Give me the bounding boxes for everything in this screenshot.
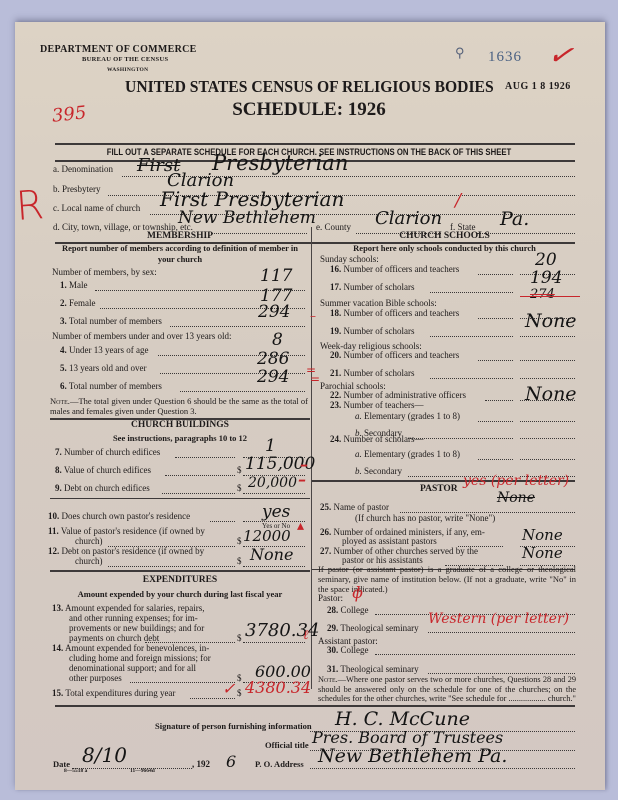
pastor-struck-value: None (497, 490, 535, 506)
form-subtitle: SCHEDULE: 1926 (0, 99, 618, 121)
divider (50, 498, 310, 499)
q11-label: 11. Value of pastor's residence (if owne… (48, 526, 205, 536)
q21-label: 21. Number of scholars (330, 368, 414, 378)
q7-label: 7. Number of church edifices (55, 447, 160, 457)
q25-label: 25. Name of pastor (320, 502, 389, 512)
q18-label: 18. Number of officers and teachers (330, 308, 459, 318)
q17-label: 17. Number of scholars (330, 282, 414, 292)
q17-line (430, 292, 513, 293)
under-13-field[interactable]: 8 (272, 330, 283, 350)
q31-label: 31. Theological seminary (327, 664, 419, 674)
red-tick-icon: = (306, 363, 316, 377)
q24a-line (478, 459, 513, 460)
church-edifices-count-field[interactable]: 1 (265, 436, 276, 456)
presbytery-label: b. Presbytery (53, 184, 101, 194)
red-letter-r-annotation: R (14, 182, 45, 230)
q12-answer-line (243, 566, 305, 567)
buildings-heading: CHURCH BUILDINGS (50, 420, 310, 430)
q24b-label: b. Secondary (355, 466, 402, 476)
signature-label: Signature of person furnishing informati… (155, 721, 312, 731)
red-mark-icon: ɸ (352, 583, 363, 602)
q24-label: 24. Number of scholars— (330, 434, 423, 444)
q30-label: 30. College (327, 645, 369, 655)
q13-answer-line (243, 642, 305, 643)
q3-label: 3. Total number of members (60, 316, 162, 326)
q22-label: 22. Number of administrative officers (330, 390, 466, 400)
q8-label: 8. Value of church edifices (55, 465, 151, 475)
po-address-line (310, 768, 575, 769)
pastor-sublabel: Pastor: (318, 593, 343, 603)
q1-label: 1. Male (60, 280, 88, 290)
local-name-label: c. Local name of church (53, 203, 140, 213)
pastor-note: Note.—Where one pastor serves two or mor… (318, 675, 576, 704)
q28-label: 28. College (327, 605, 369, 615)
pastor-heading: PASTOR (420, 484, 458, 494)
q13-currency: $ (237, 633, 242, 643)
divider (55, 143, 575, 145)
q14-label: 14. Amount expended for benevolences, in… (52, 643, 211, 683)
membership-heading: MEMBERSHIP (50, 231, 310, 241)
male-members-field[interactable]: 117 (260, 266, 292, 286)
q7-line (175, 457, 235, 458)
bureau-label: BUREAU OF THE CENSUS (82, 56, 168, 63)
edifice-debt-field[interactable]: 20,000 (248, 475, 297, 491)
q14-currency: $ (237, 673, 242, 683)
q8-currency: $ (237, 465, 242, 475)
q21-line (430, 378, 513, 379)
date-field[interactable]: 8/10 (82, 743, 127, 767)
city-label: WASHINGTON (107, 67, 148, 73)
q25-hint: (If church has no pastor, write "None") (355, 513, 495, 523)
summer-scholars-field[interactable]: None (525, 310, 577, 332)
pastor-red-annotation: yes (per letter) (463, 473, 569, 489)
age-label: Number of members under and over 13 year… (52, 331, 231, 341)
official-title-label: Official title (265, 740, 309, 750)
membership-subheading: Report number of members according to de… (60, 243, 300, 265)
q19-label: 19. Number of scholars (330, 326, 414, 336)
q15-label: 15. Total expenditures during year (52, 688, 175, 698)
summer-schools-label: Summer vacation Bible schools: (320, 298, 437, 308)
stamp-mark-icon: ⚲ (455, 45, 465, 61)
year-field[interactable]: 6 (226, 752, 236, 771)
sunday-scholars-struck-value: 274 (530, 287, 555, 302)
signature-field[interactable]: H. C. McCune (335, 708, 470, 730)
schools-heading: CHURCH SCHOOLS (312, 231, 577, 241)
q18-line (478, 318, 513, 319)
over-13-field[interactable]: 286 (257, 349, 289, 369)
total-expenditures-field[interactable]: 4380.34 (245, 678, 311, 697)
other-churches-field[interactable]: None (522, 544, 563, 562)
red-tick-icon: – (310, 309, 316, 323)
red-strike-line (520, 296, 580, 297)
county-field[interactable]: Clarion (375, 208, 442, 229)
expenditures-heading: EXPENDITURES (50, 575, 310, 585)
q23a-answer-line (520, 421, 575, 422)
parochial-officers-field[interactable]: None (525, 383, 577, 405)
red-mark-icon: ▴ (297, 518, 304, 534)
q14-line (130, 682, 235, 683)
denomination-label: a. Denomination (53, 164, 113, 174)
q26-label-cont: ployed as assistant pastors (342, 536, 437, 546)
q23b-answer-line (520, 438, 575, 439)
by-sex-label: Number of members, by sex: (52, 267, 157, 277)
po-address-label: P. O. Address (255, 759, 304, 769)
assistant-pastors-field[interactable]: None (522, 526, 563, 544)
q23-label: 23. Number of teachers— (330, 400, 423, 410)
assistant-seminary-line (428, 673, 575, 674)
form-code-1: 8—5518 a (64, 768, 87, 774)
q6-line (180, 391, 305, 392)
q20-answer-line (520, 360, 575, 361)
total-members-field[interactable]: 294 (258, 302, 290, 322)
divider (50, 570, 310, 572)
q9-label: 9. Debt on church edifices (55, 483, 150, 493)
q24a-answer-line (520, 459, 575, 460)
q9-currency: $ (237, 483, 242, 493)
sunday-schools-label: Sunday schools: (320, 254, 379, 264)
po-address-field[interactable]: New Bethlehem Pa. (318, 745, 507, 767)
q15-currency: $ (237, 688, 242, 698)
red-mark-icon: ℓ (303, 627, 308, 643)
red-mark-icon: – (298, 470, 306, 489)
q20-line (478, 360, 513, 361)
q23a-label: a. Elementary (grades 1 to 8) (355, 411, 460, 421)
divider (55, 705, 575, 707)
residence-value-field[interactable]: 12000 (243, 527, 291, 545)
q23a-line (478, 421, 513, 422)
form-code-2: 11—9664d (130, 768, 155, 774)
q10-label: 10. Does church own pastor's residence (48, 511, 190, 521)
q2-label: 2. Female (60, 298, 96, 308)
q6-label: 6. Total number of members (60, 381, 162, 391)
membership-note: Note.—The total given under Question 6 s… (50, 396, 308, 416)
q3-line (170, 326, 305, 327)
q22-line (485, 400, 513, 401)
q12-line (108, 566, 235, 567)
q19-line (430, 336, 513, 337)
pastor-seminary-field[interactable]: Western (per letter) (428, 611, 569, 627)
q11-currency: $ (237, 536, 242, 546)
owns-residence-field[interactable]: yes (262, 502, 290, 522)
q9-answer-line (243, 493, 305, 494)
q20-label: 20. Number of officers and teachers (330, 350, 459, 360)
red-check-icon: ✓ (222, 679, 235, 698)
q12-label-cont: church) (75, 556, 102, 566)
q10-line (210, 521, 235, 522)
q16-line (478, 274, 513, 275)
q24a-label: a. Elementary (grades 1 to 8) (355, 449, 460, 459)
q29-label: 29. Theological seminary (327, 623, 419, 633)
q23b-line (408, 438, 513, 439)
q8-line (165, 475, 235, 476)
stamp-number: 1636 (488, 49, 522, 66)
q11-label-cont: church) (75, 536, 102, 546)
q4-label: 4. Under 13 years of age (60, 345, 148, 355)
sunday-officers-field[interactable]: 20 (535, 250, 557, 270)
residence-debt-field[interactable]: None (250, 545, 293, 564)
q9-line (162, 493, 235, 494)
q13-label: 13. Amount expended for salaries, repair… (52, 603, 204, 643)
q21-answer-line (520, 378, 575, 379)
q16-label: 16. Number of officers and teachers (330, 264, 459, 274)
department-label: DEPARTMENT OF COMMERCE (40, 44, 197, 55)
sunday-scholars-field[interactable]: 194 (530, 268, 562, 288)
received-date-stamp: AUG 1 8 1926 (505, 81, 571, 92)
red-annotation-number: 395 (51, 102, 87, 126)
red-tick-icon: / (455, 190, 461, 211)
q12-label: 12. Debt on pastor's residence (if owned… (48, 546, 204, 556)
total-members-by-age-field[interactable]: 294 (257, 367, 289, 387)
q19-answer-line (520, 336, 575, 337)
q15-line (190, 698, 235, 699)
pastor-seminary-line (428, 632, 575, 633)
year-prefix: , 192 (192, 759, 210, 769)
state-field[interactable]: Pa. (500, 208, 529, 230)
assistant-college-line (375, 654, 575, 655)
city-field[interactable]: New Bethlehem (178, 208, 316, 228)
q12-currency: $ (237, 556, 242, 566)
q5-label: 5. 13 years old and over (60, 363, 146, 373)
expenditures-subheading: Amount expended by your church during la… (50, 589, 310, 599)
